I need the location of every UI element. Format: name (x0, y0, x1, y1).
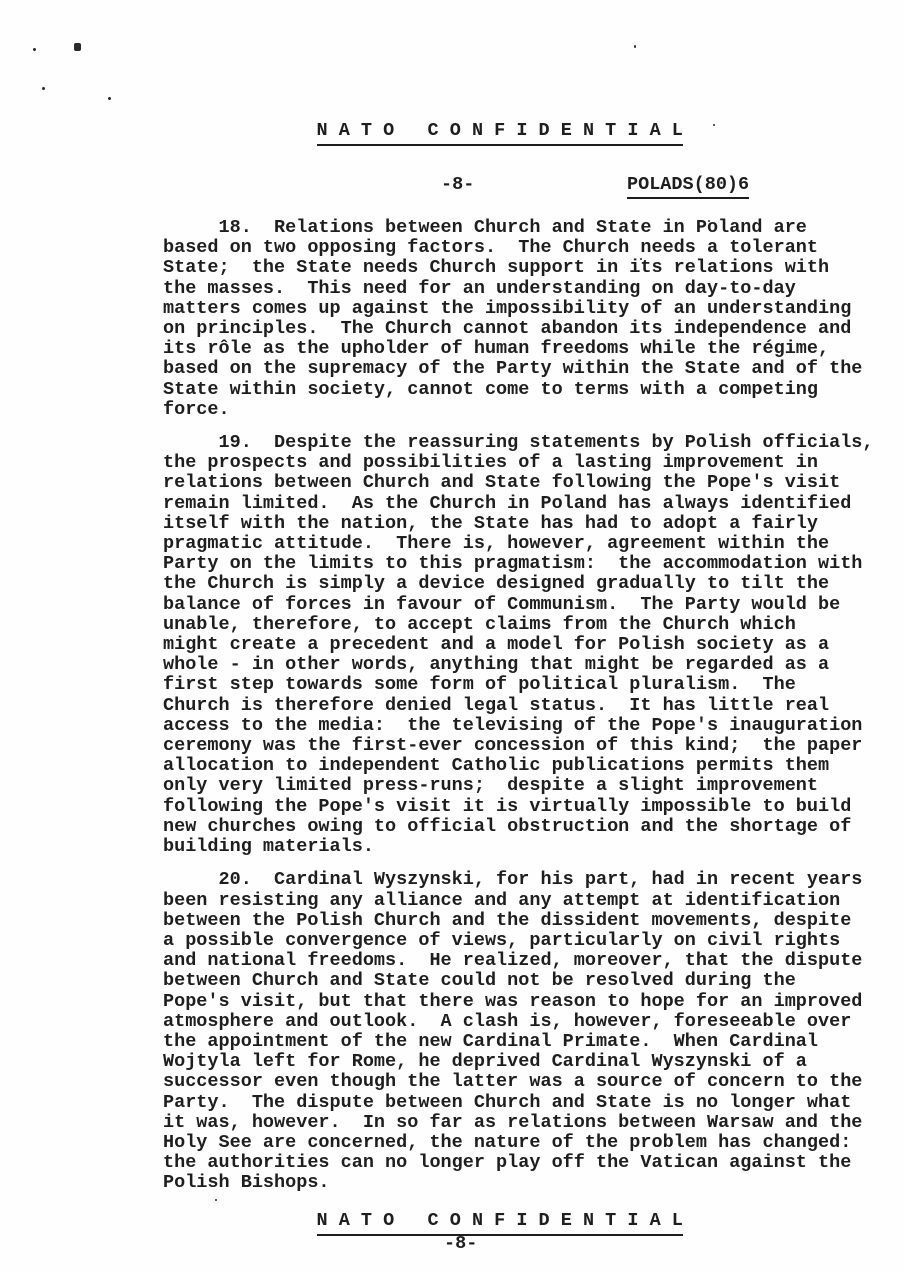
scan-speck (74, 43, 81, 51)
classification-text: N A T O C O N F I D E N T I A L (317, 1210, 683, 1236)
scan-speck (42, 87, 45, 90)
classification-text: N A T O C O N F I D E N T I A L (317, 120, 683, 146)
document-body: 18. Relations between Church and State i… (163, 218, 893, 1207)
document-reference: POLADS(80)6 (627, 174, 749, 199)
paragraph-18: 18. Relations between Church and State i… (163, 218, 893, 420)
page-number-top: -8- (441, 174, 474, 195)
classification-banner-top: N A T O C O N F I D E N T I A L (0, 98, 903, 168)
paragraph-19: 19. Despite the reassuring statements by… (163, 433, 893, 857)
page-number-bottom: -8- (444, 1233, 477, 1254)
scanned-document-page: N A T O C O N F I D E N T I A L -8- POLA… (0, 0, 903, 1271)
reference-row: -8- POLADS(80)6 (0, 174, 903, 200)
paragraph-20: 20. Cardinal Wyszynski, for his part, ha… (163, 870, 893, 1193)
scan-speck (634, 45, 636, 48)
scan-speck (33, 48, 36, 51)
